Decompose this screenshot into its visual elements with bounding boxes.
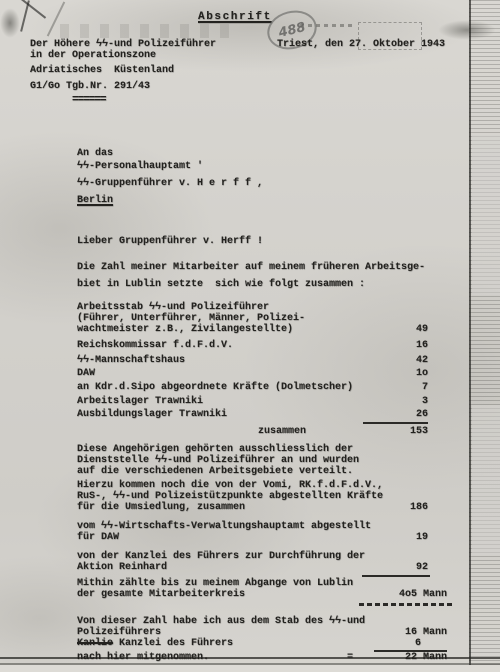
row-label: Arbeitslager Trawniki xyxy=(77,396,358,407)
intro-paragraph: Die Zahl meiner Mitarbeiter auf meinem f… xyxy=(77,262,425,290)
table-row: Arbeitsstab ϟϟ-und Polizeiführer (Führer… xyxy=(77,302,428,335)
handwritten-page-number-text: 488 xyxy=(277,19,307,40)
table-total-row: zusammen 153 xyxy=(77,426,428,437)
paragraph-with-value: von der Kanzlei des Führers zur Durchfüh… xyxy=(77,551,428,573)
closing-line-3-text: Kanzlei des Führers xyxy=(113,638,233,649)
wvha-paragraph: vom ϟϟ-Wirtschafts-Verwaltungshauptamt a… xyxy=(77,521,428,543)
paragraph-value: 92 xyxy=(365,562,428,573)
row-label: (Führer, Unterführer, Männer, Polizei- xyxy=(77,313,358,324)
paragraph-with-value: Hierzu kommen noch die von der Vomi, RK.… xyxy=(77,480,428,513)
paragraph-value: 19 xyxy=(371,532,428,543)
closing-value: 16 Mann xyxy=(377,627,447,638)
paragraph-value: 186 xyxy=(383,502,428,513)
row-value: 16 xyxy=(358,340,428,351)
film-edge-hatching xyxy=(469,0,500,672)
paragraph-line: von der Kanzlei des Führers zur Durchfüh… xyxy=(77,551,365,562)
date-line: Triest, den 27. Oktober 1943 xyxy=(277,39,445,50)
paragraph-line: der gesamte Mitarbeiterkreis xyxy=(77,589,367,600)
struck-word: Kanlie xyxy=(77,638,113,649)
closing-line-1: Von dieser Zahl habe ich aus dem Stab de… xyxy=(77,616,447,627)
row-value: 1o xyxy=(358,368,428,379)
closing-row: Kanlie Kanzlei des Führers 6 xyxy=(77,638,447,649)
film-edge-light-patch xyxy=(472,135,500,295)
closing-line-3: Kanlie Kanzlei des Führers xyxy=(77,638,351,649)
recipient-city: Berlin xyxy=(77,195,263,206)
row-label: Arbeitsstab ϟϟ-und Polizeiführer xyxy=(77,302,358,313)
sender-line-3: Adriatisches Küstenland xyxy=(30,65,216,76)
grand-total-value: 4o5 Mann xyxy=(367,589,447,600)
row-value: 49 xyxy=(358,324,428,335)
sender-separator: ====== xyxy=(72,95,216,106)
pencil-scribble xyxy=(20,0,30,32)
paragraph-with-value: Mithin zählte bis zu meinem Abgange von … xyxy=(77,578,447,600)
row-label: Ausbildungslager Trawniki xyxy=(77,409,358,420)
table-row: Ausbildungslager Trawniki 26 xyxy=(77,409,428,420)
sum-rule xyxy=(363,422,428,424)
sender-reference-number: G1/Go Tgb.Nr. 291/43 xyxy=(30,81,216,92)
paragraph-line: auf die verschiedenen Arbeitsgebiete ver… xyxy=(77,466,428,477)
row-value: 42 xyxy=(358,355,428,366)
row-label: Reichskommissar f.d.F.d.V. xyxy=(77,340,358,351)
closing-row: nach hier mitgenommen. = 22 Mann xyxy=(77,652,447,663)
row-value: 26 xyxy=(358,409,428,420)
grand-total-paragraph: Mithin zählte bis zu meinem Abgange von … xyxy=(77,578,447,606)
paragraph-line: Hierzu kommen noch die von der Vomi, RK.… xyxy=(77,480,383,491)
paragraph-line: RuS-, ϟϟ-und Polizeistützpunkte abgestel… xyxy=(77,491,383,502)
kdf-paragraph: von der Kanzlei des Führers zur Durchfüh… xyxy=(77,551,428,577)
recipient-line-3: ϟϟ-Gruppenführer v. H e r f f , xyxy=(77,178,263,189)
staff-count-table: Arbeitsstab ϟϟ-und Polizeiführer (Führer… xyxy=(77,302,428,437)
closing-line-4: nach hier mitgenommen. xyxy=(77,652,209,663)
table-row: DAW 1o xyxy=(77,368,428,379)
sender-line-2: in der Operationszone xyxy=(30,50,216,61)
intro-line-1: Die Zahl meiner Mitarbeiter auf meinem f… xyxy=(77,262,425,273)
document-heading: Abschrift xyxy=(198,12,272,23)
salutation: Lieber Gruppenführer v. Herff ! xyxy=(77,236,263,247)
paragraph-line: Dienststelle ϟϟ-und Polizeiführer an und… xyxy=(77,455,428,466)
scanned-document-page: Abschrift 488 Der Höhere ϟϟ-und Polizeif… xyxy=(0,0,500,672)
film-edge-line xyxy=(469,0,471,672)
sender-block: Der Höhere ϟϟ-und Polizeiführer in der O… xyxy=(30,39,216,106)
row-label: an Kdr.d.Sipo abgeordnete Kräfte (Dolmet… xyxy=(77,382,358,393)
row-value: 7 xyxy=(358,382,428,393)
distribution-paragraph: Diese Angehörigen gehörten ausschliessli… xyxy=(77,444,428,477)
table-row: an Kdr.d.Sipo abgeordnete Kräfte (Dolmet… xyxy=(77,382,428,393)
closing-row: Polizeiführers 16 Mann xyxy=(77,627,447,638)
recipient-block: An das ϟϟ-Personalhauptamt ' ϟϟ-Gruppenf… xyxy=(77,148,263,206)
scan-streak xyxy=(60,24,240,38)
paragraph-line: für DAW xyxy=(77,532,371,543)
paragraph-with-value: vom ϟϟ-Wirtschafts-Verwaltungshauptamt a… xyxy=(77,521,428,543)
sender-line-1: Der Höhere ϟϟ-und Polizeiführer xyxy=(30,39,216,50)
paragraph-line: für die Umsiedlung, zusammen xyxy=(77,502,383,513)
paragraph-line: Mithin zählte bis zu meinem Abgange von … xyxy=(77,578,367,589)
vomi-paragraph: Hierzu kommen noch die von der Vomi, RK.… xyxy=(77,480,428,513)
closing-block: Von dieser Zahl habe ich aus dem Stab de… xyxy=(77,616,447,663)
paragraph-line: Aktion Reinhard xyxy=(77,562,365,573)
table-row: Reichskommissar f.d.F.d.V. 16 xyxy=(77,340,428,351)
paragraph-line: vom ϟϟ-Wirtschafts-Verwaltungshauptamt a… xyxy=(77,521,371,532)
row-label: DAW xyxy=(77,368,358,379)
row-label: ϟϟ-Mannschaftshaus xyxy=(77,355,358,366)
recipient-line-1: An das xyxy=(77,148,263,159)
closing-line-2: Polizeiführers xyxy=(77,627,377,638)
double-dash-rule xyxy=(359,603,455,606)
recipient-line-2: ϟϟ-Personalhauptamt ' xyxy=(77,161,263,172)
closing-value: 22 Mann xyxy=(377,652,447,663)
sum-rule xyxy=(362,575,430,577)
film-edge-light-patch xyxy=(472,405,500,555)
table-row: Arbeitslager Trawniki 3 xyxy=(77,396,428,407)
intro-line-2: biet in Lublin setzte sich wie folgt zus… xyxy=(77,279,425,290)
scan-bottom-margin xyxy=(0,665,500,672)
total-value: 153 xyxy=(358,426,428,437)
equals-sign: = xyxy=(347,652,377,663)
row-value: 3 xyxy=(358,396,428,407)
ink-smudge xyxy=(0,8,20,38)
table-row: ϟϟ-Mannschaftshaus 42 xyxy=(77,355,428,366)
paragraph-line: Diese Angehörigen gehörten ausschliessli… xyxy=(77,444,428,455)
row-label: wachtmeister z.B., Zivilangestellte) xyxy=(77,324,358,335)
closing-value: 6 xyxy=(351,638,447,649)
total-label: zusammen xyxy=(258,426,358,437)
